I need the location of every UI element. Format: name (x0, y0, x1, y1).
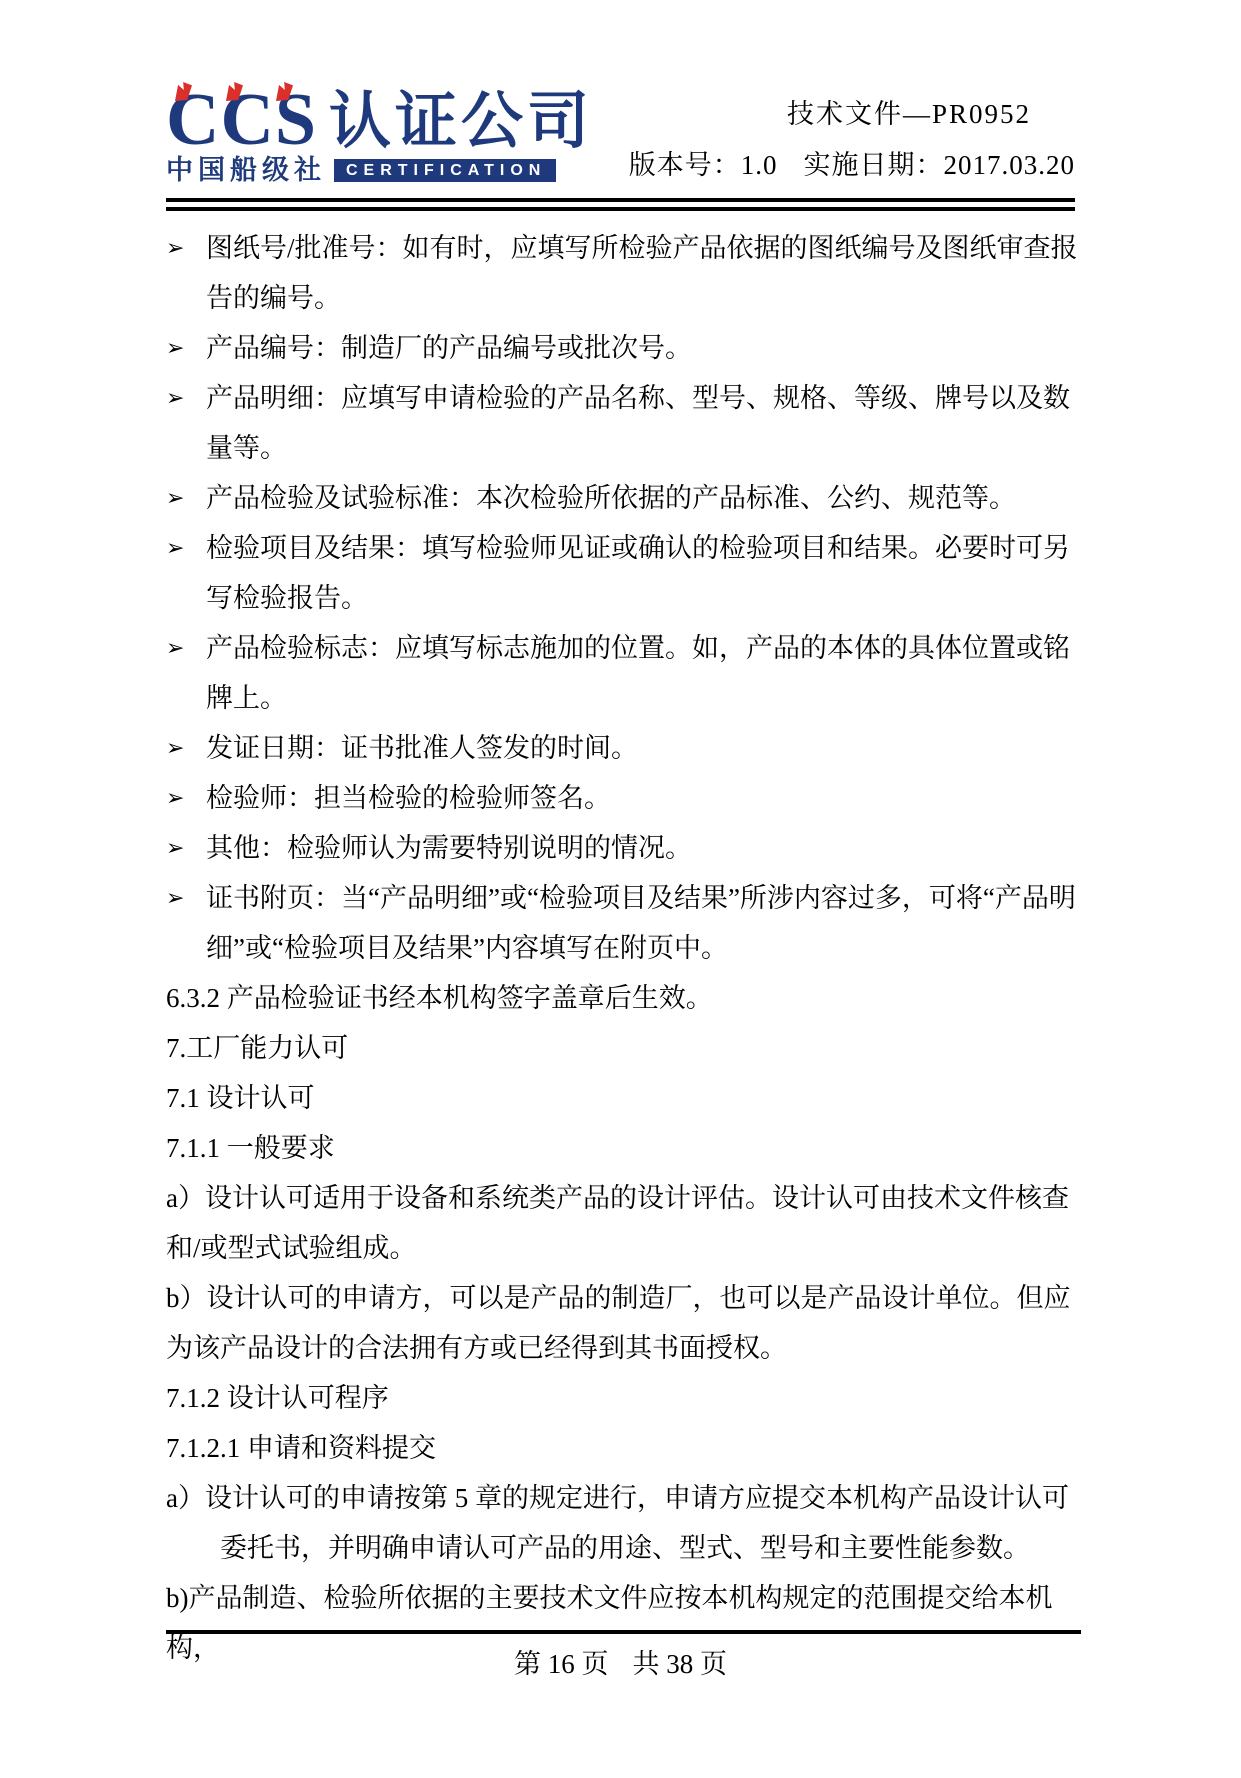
bullet-text: 证书附页：当“产品明细”或“检验项目及结果”所涉内容过多，可将“产品明细”或“检… (206, 873, 1081, 973)
document-body: ➢ 图纸号/批准号：如有时，应填写所检验产品依据的图纸编号及图纸审查报告的编号。… (0, 211, 1241, 1673)
bullet-item: ➢ 检验师：担当检验的检验师签名。 (166, 773, 1081, 823)
bullet-arrow-icon: ➢ (166, 223, 206, 273)
bullet-text: 产品检验及试验标准：本次检验所依据的产品标准、公约、规范等。 (206, 473, 1081, 523)
bullet-arrow-icon: ➢ (166, 723, 206, 773)
bullet-text: 其他：检验师认为需要特别说明的情况。 (206, 823, 1081, 873)
page-header: CCS 认证公司 中国船级社 CERTIFICATION 技术文件—PR0952… (0, 0, 1241, 184)
bullet-text: 图纸号/批准号：如有时，应填写所检验产品依据的图纸编号及图纸审查报告的编号。 (206, 223, 1081, 323)
paragraph-6-3-2: 6.3.2 产品检验证书经本机构签字盖章后生效。 (166, 973, 1081, 1023)
bullet-arrow-icon: ➢ (166, 323, 206, 373)
bullet-text: 产品检验标志：应填写标志施加的位置。如，产品的本体的具体位置或铭牌上。 (206, 623, 1081, 723)
version-label: 版本号：1.0 (629, 150, 778, 180)
bullet-arrow-icon: ➢ (166, 523, 206, 573)
heading-7-1-2: 7.1.2 设计认可程序 (166, 1373, 1081, 1423)
date-label: 实施日期：2017.03.20 (804, 150, 1076, 180)
bullet-text: 检验师：担当检验的检验师签名。 (206, 773, 1081, 823)
bullet-arrow-icon: ➢ (166, 873, 206, 923)
bullet-item: ➢ 产品检验及试验标准：本次检验所依据的产品标准、公约、规范等。 (166, 473, 1081, 523)
logo-certification-bar: CERTIFICATION (334, 159, 556, 182)
bullet-item: ➢ 产品检验标志：应填写标志施加的位置。如，产品的本体的具体位置或铭牌上。 (166, 623, 1081, 723)
page-number-label: 第 16 页 (514, 1649, 609, 1679)
ccs-letters: CCS (166, 90, 317, 151)
bullet-item: ➢ 产品编号：制造厂的产品编号或批次号。 (166, 323, 1081, 373)
logo-company-name: 认证公司 (329, 95, 593, 151)
bullet-item: ➢ 检验项目及结果：填写检验师见证或确认的检验项目和结果。必要时可另写检验报告。 (166, 523, 1081, 623)
heading-7-1-2-1: 7.1.2.1 申请和资料提交 (166, 1423, 1081, 1473)
page-footer: 第 16 页共 38 页 (0, 1642, 1241, 1681)
heading-7: 7.工厂能力认可 (166, 1023, 1081, 1073)
bullet-text: 产品明细：应填写申请检验的产品名称、型号、规格、等级、牌号以及数量等。 (206, 373, 1081, 473)
bullet-arrow-icon: ➢ (166, 473, 206, 523)
header-divider-double-rule (166, 198, 1075, 211)
bullet-text: 发证日期：证书批准人签发的时间。 (206, 723, 1081, 773)
bullet-arrow-icon: ➢ (166, 373, 206, 423)
bullet-arrow-icon: ➢ (166, 623, 206, 673)
bullet-item: ➢ 发证日期：证书批准人签发的时间。 (166, 723, 1081, 773)
paragraph-7-1-2-1-a: a）设计认可的申请按第 5 章的规定进行，申请方应提交本机构产品设计认可委托书，… (166, 1473, 1081, 1573)
bullet-item: ➢ 证书附页：当“产品明细”或“检验项目及结果”所涉内容过多，可将“产品明细”或… (166, 873, 1081, 973)
bullet-text: 检验项目及结果：填写检验师见证或确认的检验项目和结果。必要时可另写检验报告。 (206, 523, 1081, 623)
bullet-item: ➢ 产品明细：应填写申请检验的产品名称、型号、规格、等级、牌号以及数量等。 (166, 373, 1081, 473)
bullet-arrow-icon: ➢ (166, 823, 206, 873)
document-page: CCS 认证公司 中国船级社 CERTIFICATION 技术文件—PR0952… (0, 0, 1241, 1778)
bullet-item: ➢ 图纸号/批准号：如有时，应填写所检验产品依据的图纸编号及图纸审查报告的编号。 (166, 223, 1081, 323)
bullet-item: ➢ 其他：检验师认为需要特别说明的情况。 (166, 823, 1081, 873)
logo-top-row: CCS 认证公司 (166, 90, 593, 151)
bullet-text: 产品编号：制造厂的产品编号或批次号。 (206, 323, 1081, 373)
paragraph-7-1-1-a: a）设计认可适用于设备和系统类产品的设计评估。设计认可由技术文件核查和/或型式试… (166, 1173, 1081, 1273)
paragraph-7-1-1-b: b）设计认可的申请方，可以是产品的制造厂，也可以是产品设计单位。但应为该产品设计… (166, 1273, 1081, 1373)
heading-7-1: 7.1 设计认可 (166, 1073, 1081, 1123)
version-date-line: 版本号：1.0实施日期：2017.03.20 (629, 143, 1075, 182)
bullet-arrow-icon: ➢ (166, 773, 206, 823)
doc-title: 技术文件—PR0952 (629, 92, 1075, 131)
ccs-logo: CCS 认证公司 中国船级社 CERTIFICATION (166, 90, 593, 184)
footer-divider-rule (166, 1630, 1081, 1634)
header-doc-info: 技术文件—PR0952 版本号：1.0实施日期：2017.03.20 (629, 92, 1075, 184)
heading-7-1-1: 7.1.1 一般要求 (166, 1123, 1081, 1173)
page-total-label: 共 38 页 (633, 1649, 728, 1679)
